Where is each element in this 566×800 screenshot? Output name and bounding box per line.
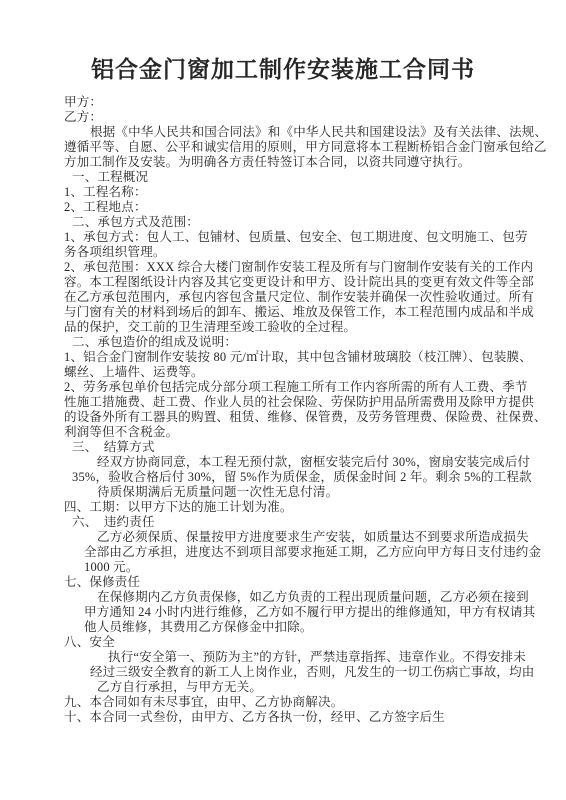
contract-line: 乙方自行承担，与甲方无关。	[64, 680, 516, 695]
contract-line: 35%，验收合格后付 30%，留 5%作为质保金，质保金时间 2 年。剩余 5%…	[64, 470, 516, 485]
contract-line: 1000 元。	[64, 560, 516, 575]
contract-body: 甲方：乙方：根据《中华人民共和国合同法》和《中华人民共和国建设法》及有关法律、法…	[0, 95, 566, 725]
contract-line: 的设备外所有工器具的购置、租赁、维修、保管费，及劳务管理费、保险费、社保费、	[64, 410, 516, 425]
contract-line: 二、承包造价的组成及说明：	[64, 335, 516, 350]
contract-line: 遵循平等、自愿、公平和诚实信用的原则，甲方同意将本工程断桥铝合金门窗承包给乙	[64, 140, 516, 155]
contract-line: 根据《中华人民共和国合同法》和《中华人民共和国建设法》及有关法律、法规、	[64, 125, 516, 140]
contract-line: 甲方：	[64, 95, 516, 110]
contract-line: 十、本合同一式叁份，由甲方、乙方各执一份，经甲、乙方签字后生	[64, 710, 516, 725]
contract-line: 2、承包范围：XXX 综合大楼门窗制作安装工程及所有与门窗制作安装有关的工作内	[64, 260, 516, 275]
contract-line: 务各项组织管理。	[64, 245, 516, 260]
contract-line: 2、工程地点：	[64, 200, 516, 215]
contract-line: 容。本工程图纸设计内容及其它变更设计和甲方、设计院出具的变更有效文件等全部	[64, 275, 516, 290]
contract-line: 与门窗有关的材料到场后的卸车、搬运、堆放及保管工作，本工程范围内成品和半成	[64, 305, 516, 320]
contract-line: 一、工程概况	[64, 170, 516, 185]
contract-line: 四、工期：以甲方下达的施工计划为准。	[64, 500, 516, 515]
contract-line: 六、 违约责任	[64, 515, 516, 530]
contract-page: 铝合金门窗加工制作安装施工合同书 甲方：乙方：根据《中华人民共和国合同法》和《中…	[0, 0, 566, 800]
contract-line: 九、本合同如有未尽事宜，由甲、乙方协商解决。	[64, 695, 516, 710]
contract-line: 1、铝合金门窗制作安装按 80 元/㎡计取，其中包含铺材玻璃胶（枝江牌）、包装膜…	[64, 350, 516, 365]
contract-line: 经过三级安全教育的新工人上岗作业，否则，凡发生的一切工伤病亡事故，均由	[64, 665, 516, 680]
contract-line: 在保修期内乙方负责保修，如乙方负责的工程出现质量问题，乙方必须在接到	[64, 590, 516, 605]
contract-line: 利润等但不含税金。	[64, 425, 516, 440]
contract-line: 2、劳务承包单价包括完成分部分项工程施工所有工作内容所需的所有人工费、季节	[64, 380, 516, 395]
contract-line: 乙方必须保质、保量按甲方进度要求生产安装，如质量达不到要求所造成损失	[64, 530, 516, 545]
contract-line: 七、保修责任	[64, 575, 516, 590]
contract-line: 待质保期满后无质量问题一次性无息付清。	[64, 485, 516, 500]
contract-line: 品的保护，交工前的卫生清理至竣工验收的全过程。	[64, 320, 516, 335]
contract-line: 1、工程名称：	[64, 185, 516, 200]
page-title: 铝合金门窗加工制作安装施工合同书	[20, 54, 546, 86]
contract-line: 八、安全	[64, 635, 516, 650]
contract-line: 1、承包方式：包人工、包铺材、包质量、包安全、包工期进度、包文明施工、包劳	[64, 230, 516, 245]
contract-line: 他人员维修，其费用乙方保修金中扣除。	[64, 620, 516, 635]
contract-line: 性施工措施费、赶工费、作业人员的社会保险、劳保防护用品所需费用及除甲方提供	[64, 395, 516, 410]
contract-line: 螺丝、上墙件、运费等。	[64, 365, 516, 380]
contract-line: 经双方协商同意，本工程无预付款，窗框安装完后付 30%，窗扇安装完成后付	[64, 455, 516, 470]
contract-line: 在乙方承包范围内，承包内容包含量尺定位、制作安装并确保一次性验收通过。所有	[64, 290, 516, 305]
contract-line: 方加工制作及安装。为明确各方责任特签订本合同，以资共同遵守执行。	[64, 155, 516, 170]
contract-line: 全部由乙方承担，进度达不到项目部要求拖延工期，乙方应向甲方每日支付违约金	[64, 545, 516, 560]
contract-line: 执行“安全第一、预防为主”的方针，严禁违章指挥、违章作业。不得安排未	[64, 650, 516, 665]
contract-line: 乙方：	[64, 110, 516, 125]
contract-line: 甲方通知 24 小时内进行维修，乙方如不履行甲方提出的维修通知，甲方有权请其	[64, 605, 516, 620]
contract-line: 二、承包方式及范围：	[64, 215, 516, 230]
contract-line: 三、 结算方式	[64, 440, 516, 455]
